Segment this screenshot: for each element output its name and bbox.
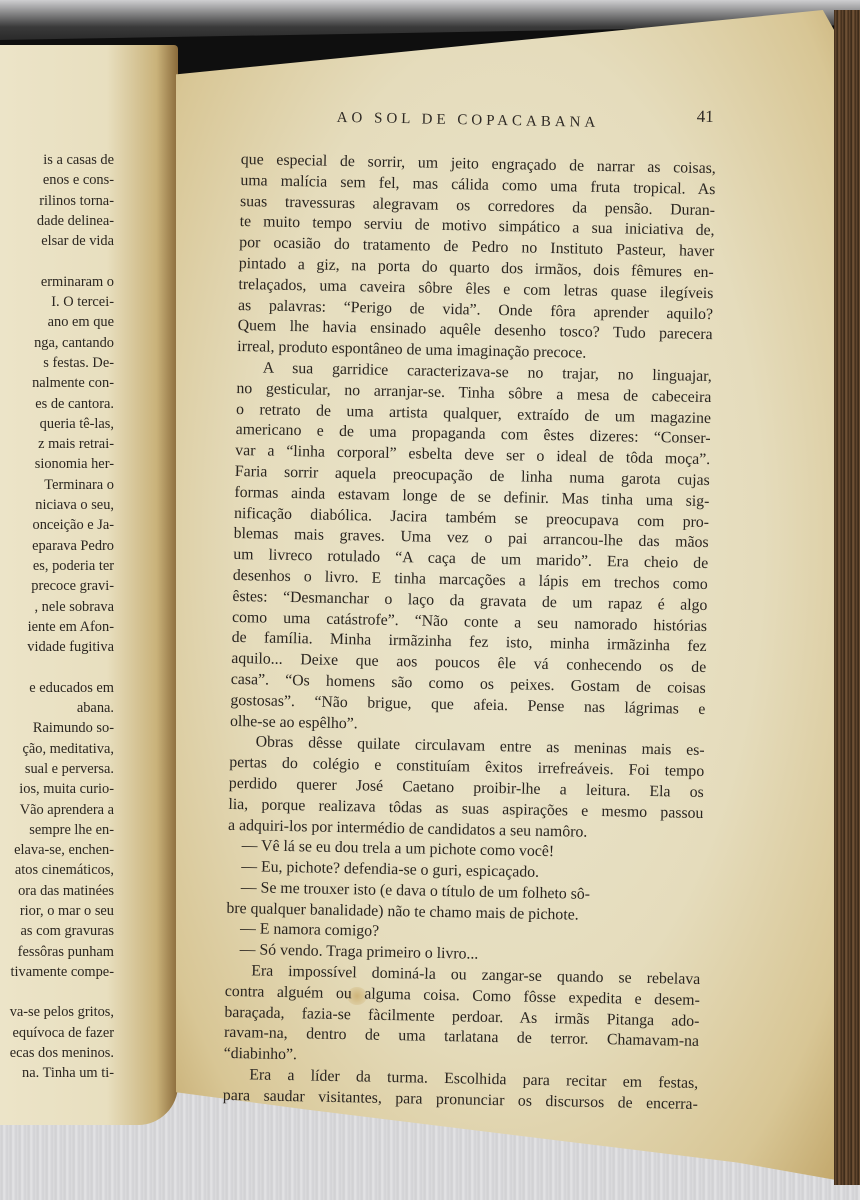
text-line: rilinos torna- bbox=[10, 191, 114, 211]
text-line: sempre lhe en- bbox=[10, 820, 114, 840]
left-page-text: is a casas deenos e cons-rilinos torna-d… bbox=[10, 150, 114, 1084]
text-line: vidade fugitiva bbox=[10, 637, 114, 657]
text-line: atos cinemáticos, bbox=[10, 860, 114, 880]
text-line: Terminara o bbox=[10, 475, 114, 495]
text-line: ção, meditativa, bbox=[10, 739, 114, 759]
text-line: elava-se, enchen- bbox=[10, 840, 114, 860]
body-text: que especial de sorrir, um jeito engraça… bbox=[223, 150, 716, 1116]
text-line: ios, muita curio- bbox=[10, 779, 114, 799]
text-line: Vão aprendera a bbox=[10, 800, 114, 820]
text-line: e educados em bbox=[10, 678, 114, 698]
page-number: 41 bbox=[697, 107, 714, 127]
text-line: precoce gravi- bbox=[10, 576, 114, 596]
text-line: queria tê-las, bbox=[10, 414, 114, 434]
text-line: z mais retrai- bbox=[10, 434, 114, 454]
text-line: na. Tinha um ti- bbox=[10, 1063, 114, 1083]
text-line: , nele sobrava bbox=[10, 597, 114, 617]
text-line: as com gravuras bbox=[10, 921, 114, 941]
text-line: es de cantora. bbox=[10, 394, 114, 414]
text-line: es, poderia ter bbox=[10, 556, 114, 576]
text-line: abana. bbox=[10, 698, 114, 718]
text-line: equívoca de fazer bbox=[10, 1023, 114, 1043]
text-line: is a casas de bbox=[10, 150, 114, 170]
text-line: ano em que bbox=[10, 312, 114, 332]
text-line: erminaram o bbox=[10, 272, 114, 292]
text-line: va-se pelos gritos, bbox=[10, 1002, 114, 1022]
paragraph-gap bbox=[10, 657, 114, 677]
text-line: sionomia her- bbox=[10, 454, 114, 474]
text-line: niciava o seu, bbox=[10, 495, 114, 515]
text-line: dade delinea- bbox=[10, 211, 114, 231]
text-line: I. O tercei- bbox=[10, 292, 114, 312]
text-line: elsar de vida bbox=[10, 231, 114, 251]
text-line: nga, cantando bbox=[10, 333, 114, 353]
left-page: is a casas deenos e cons-rilinos torna-d… bbox=[0, 45, 178, 1125]
text-line: onceição e Ja- bbox=[10, 515, 114, 535]
paragraph-gap bbox=[10, 251, 114, 271]
text-line: iente em Afon- bbox=[10, 617, 114, 637]
text-line: enos e cons- bbox=[10, 170, 114, 190]
text-line: sual e perversa. bbox=[10, 759, 114, 779]
text-line: nalmente con- bbox=[10, 373, 114, 393]
text-line: tivamente compe- bbox=[10, 962, 114, 982]
text-line: fessôras punham bbox=[10, 942, 114, 962]
text-line: s festas. De- bbox=[10, 353, 114, 373]
text-line: eparava Pedro bbox=[10, 536, 114, 556]
text-line: ecas dos meninos. bbox=[10, 1043, 114, 1063]
book-page-edges bbox=[834, 10, 860, 1185]
text-line: Raimundo so- bbox=[10, 718, 114, 738]
text-line: ora das matinées bbox=[10, 881, 114, 901]
paragraph-gap bbox=[10, 982, 114, 1002]
text-line: rior, o mar o seu bbox=[10, 901, 114, 921]
